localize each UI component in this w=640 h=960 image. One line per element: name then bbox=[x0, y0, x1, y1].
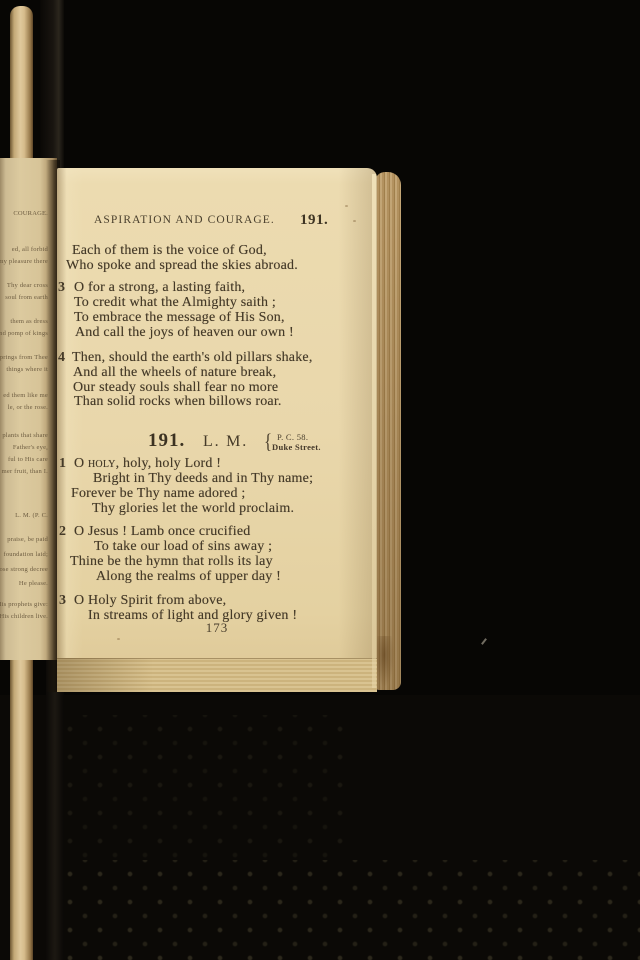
left-page-fragment: Thy dear cross bbox=[7, 282, 48, 289]
book-photo-scene: COURAGE. ed, all forbid my pleasure ther… bbox=[0, 0, 640, 960]
line-rest: holy, holy Lord ! bbox=[123, 456, 221, 471]
left-page-fragment: and pomp of kings bbox=[0, 330, 48, 337]
left-page-fragment: springs from Thee bbox=[0, 354, 48, 361]
verse-line: Thy glories let the world proclaim. bbox=[92, 501, 294, 516]
book-cover-edge-bottom bbox=[46, 658, 64, 960]
verse-line: O Jesus ! Lamb once crucified bbox=[74, 524, 250, 539]
left-page-fragment: soul from earth bbox=[5, 294, 48, 301]
verse-line: Then, should the earth's old pillars sha… bbox=[72, 350, 313, 365]
left-page-fragment: His children live. bbox=[0, 613, 48, 620]
hymn-meter: L. M. bbox=[203, 433, 248, 451]
verse-number: 1 bbox=[59, 456, 66, 472]
left-page-fragment: ful to His care bbox=[8, 456, 48, 463]
small-caps-lead: O holy, bbox=[74, 456, 119, 471]
verse-line: And call the joys of heaven our own ! bbox=[75, 325, 294, 340]
worn-corner-blemish bbox=[377, 636, 395, 690]
left-page-fragment: plants that share bbox=[2, 432, 48, 439]
verse-line: Who spoke and spread the skies abroad. bbox=[66, 258, 298, 273]
scratch-speck bbox=[481, 638, 487, 645]
left-page-fragment: my pleasure there bbox=[0, 258, 48, 265]
tune-brace: { bbox=[264, 429, 272, 454]
left-page-fragment: them as dress bbox=[10, 318, 48, 325]
verse-line: Bright in Thy deeds and in Thy name; bbox=[93, 471, 313, 486]
left-page-fragment: mer fruit, than I. bbox=[2, 468, 48, 475]
left-page-fragment: Father's eye, bbox=[13, 444, 48, 451]
left-page-fragment: L. M. (P. C. bbox=[15, 512, 48, 519]
verse-number: 2 bbox=[59, 524, 66, 540]
verse-line: And all the wheels of nature break, bbox=[73, 365, 276, 380]
verse-line: Along the realms of upper day ! bbox=[96, 569, 281, 584]
tune-name: Duke Street. bbox=[272, 442, 321, 452]
verse-number: 4 bbox=[58, 350, 65, 366]
left-page-fragment: ose strong decree bbox=[0, 566, 48, 573]
left-page-fragment: foundation laid; bbox=[3, 551, 48, 558]
left-page-fragment: COURAGE. bbox=[13, 210, 48, 217]
left-page-fragment: He please. bbox=[19, 580, 48, 587]
running-header: ASPIRATION AND COURAGE. bbox=[94, 214, 275, 226]
verse-line: O Holy Spirit from above, bbox=[74, 593, 226, 608]
book-cover-edge-top bbox=[40, 0, 64, 172]
left-page-fragment: His prophets give: bbox=[0, 601, 48, 608]
left-page-fragment: things where it bbox=[6, 366, 48, 373]
hymn-number: 191. bbox=[148, 430, 185, 452]
verse-line: Thine be the hymn that rolls its lay bbox=[70, 554, 273, 569]
verse-line: Than solid rocks when billows roar. bbox=[74, 394, 282, 409]
verse-line: To credit what the Almighty saith ; bbox=[74, 295, 276, 310]
tune-reference: P. C. 58. bbox=[277, 432, 308, 442]
verse-number: 3 bbox=[59, 593, 66, 609]
verse-line: Our steady souls shall fear no more bbox=[73, 380, 278, 395]
left-page-fragment: praise, be paid bbox=[7, 536, 48, 543]
left-page-fragment: ed, all forbid bbox=[12, 246, 48, 253]
verse-line: To take our load of sins away ; bbox=[94, 539, 272, 554]
left-page-fragment: ed them like me bbox=[3, 392, 48, 399]
page-bottom-edges bbox=[57, 658, 377, 692]
verse-line: O for a strong, a lasting faith, bbox=[74, 280, 245, 295]
cloth-weave-texture bbox=[55, 715, 345, 865]
cloth-weave-texture bbox=[55, 860, 640, 960]
verse-number: 3 bbox=[58, 280, 65, 296]
verse-line: To embrace the message of His Son, bbox=[74, 310, 285, 325]
foxing-speck bbox=[117, 638, 120, 640]
hymnal-page: ASPIRATION AND COURAGE. 191. Each of the… bbox=[57, 168, 377, 692]
verse-line: Each of them is the voice of God, bbox=[72, 243, 267, 258]
verse-line: O holy, holy, holy Lord ! bbox=[74, 456, 221, 471]
header-hymn-number: 191. bbox=[300, 212, 328, 229]
page-number: 173 bbox=[187, 620, 247, 636]
fore-edge-page-stack bbox=[375, 172, 401, 690]
verse-line: Forever be Thy name adored ; bbox=[71, 486, 245, 501]
page-edge-highlight bbox=[372, 174, 376, 688]
foxing-speck bbox=[345, 205, 348, 207]
left-page-fragment: le, or the rose. bbox=[8, 404, 48, 411]
foxing-speck bbox=[353, 220, 356, 222]
